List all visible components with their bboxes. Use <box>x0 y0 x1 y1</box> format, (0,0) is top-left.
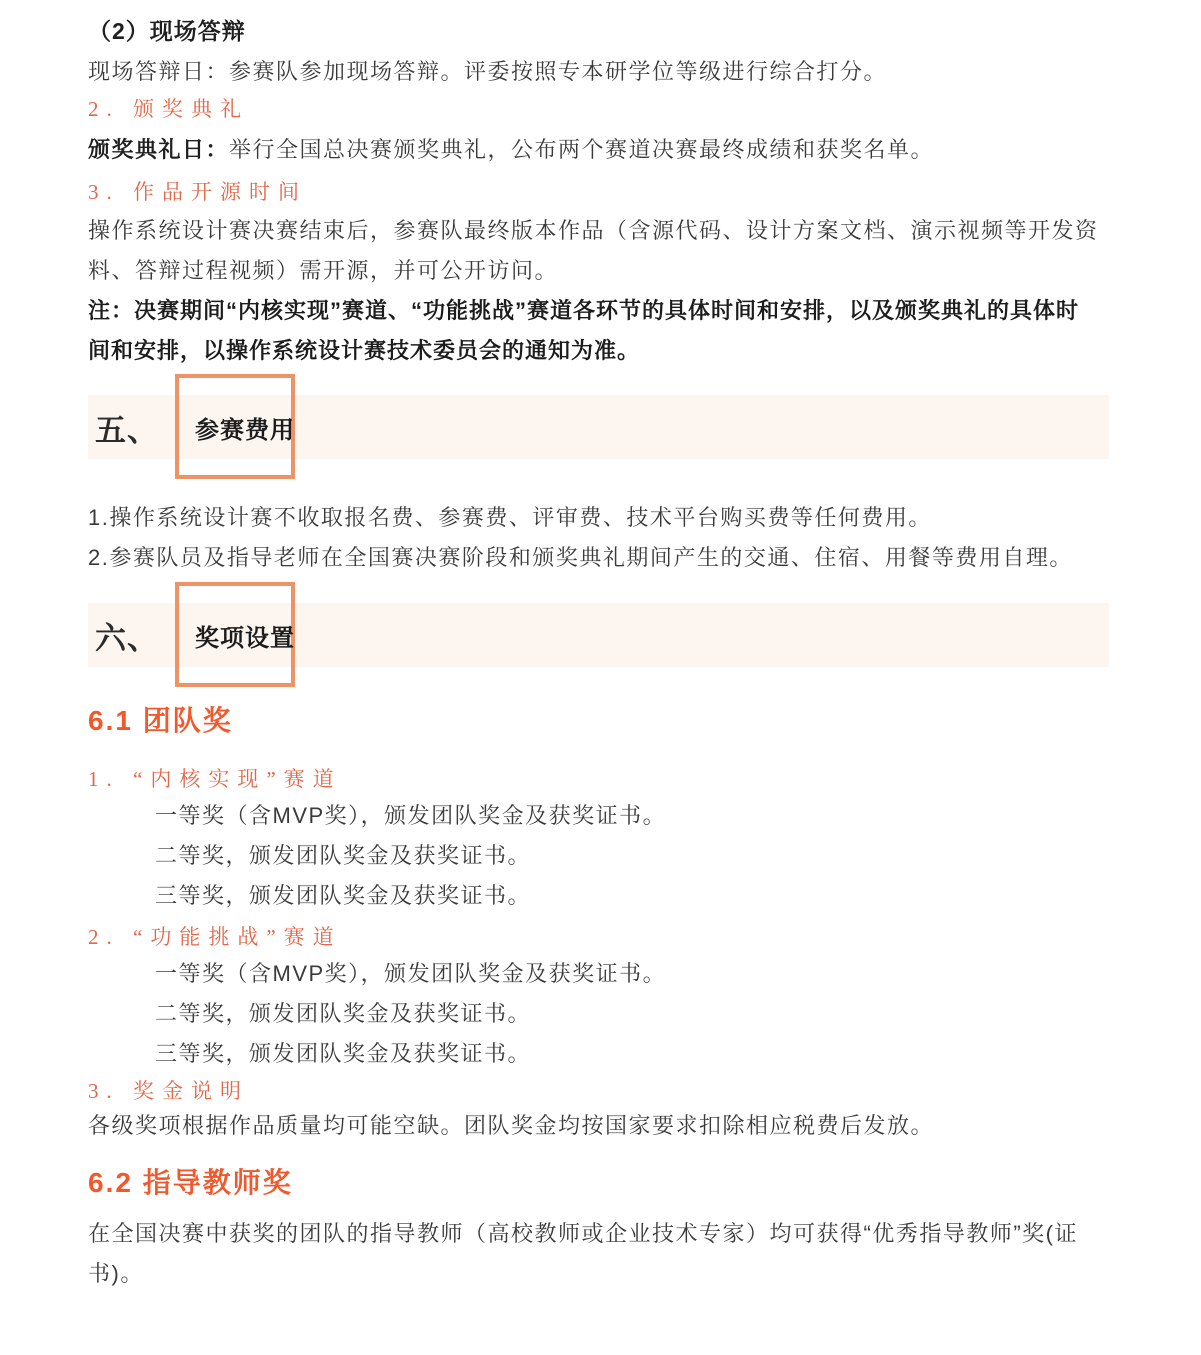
heading-opensource-time: 3. 作品开源时间 <box>88 179 1106 205</box>
paragraph-note: 注：决赛期间“内核实现”赛道、“功能挑战”赛道各环节的具体时间和安排，以及颁奖典… <box>88 291 1106 371</box>
section-title-awards: 奖项设置 <box>195 603 295 667</box>
section-number: 五、 <box>95 395 159 459</box>
paragraph-teacher-award: 在全国决赛中获奖的团队的指导教师（高校教师或企业技术专家）均可获得“优秀指导教师… <box>88 1214 1106 1294</box>
document-page: （2）现场答辩 现场答辩日：参赛队参加现场答辩。评委按照专本研学位等级进行综合打… <box>0 0 1201 1294</box>
section-banner-awards: 六、 奖项设置 <box>88 582 1106 687</box>
award-item: 三等奖，颁发团队奖金及获奖证书。 <box>155 876 1106 916</box>
ceremony-body-text: 举行全国总决赛颁奖典礼，公布两个赛道决赛最终成绩和获奖名单。 <box>229 137 934 162</box>
heading-team-award: 6.1 团队奖 <box>88 704 1106 738</box>
section-title-fees: 参赛费用 <box>195 395 295 459</box>
fee-list: 1.操作系统设计赛不收取报名费、参赛费、评审费、技术平台购买费等任何费用。 2.… <box>88 498 1106 578</box>
paragraph-onsite-defense: 现场答辩日：参赛队参加现场答辩。评委按照专本研学位等级进行综合打分。 <box>88 58 1106 86</box>
award-item: 一等奖（含MVP奖），颁发团队奖金及获奖证书。 <box>155 796 1106 836</box>
award-list-kernel: 一等奖（含MVP奖），颁发团队奖金及获奖证书。 二等奖，颁发团队奖金及获奖证书。… <box>88 796 1106 916</box>
award-item: 二等奖，颁发团队奖金及获奖证书。 <box>155 836 1106 876</box>
paragraph-award-ceremony: 颁奖典礼日：举行全国总决赛颁奖典礼，公布两个赛道决赛最终成绩和获奖名单。 <box>88 136 1106 164</box>
heading-teacher-award: 6.2 指导教师奖 <box>88 1166 1106 1200</box>
award-item: 二等奖，颁发团队奖金及获奖证书。 <box>155 994 1106 1034</box>
paragraph-bonus-note: 各级奖项根据作品质量均可能空缺。团队奖金均按国家要求扣除相应税费后发放。 <box>88 1112 1106 1140</box>
fee-item: 1.操作系统设计赛不收取报名费、参赛费、评审费、技术平台购买费等任何费用。 <box>88 498 1106 538</box>
section-number: 六、 <box>95 603 159 667</box>
award-list-challenge: 一等奖（含MVP奖），颁发团队奖金及获奖证书。 二等奖，颁发团队奖金及获奖证书。… <box>88 954 1106 1074</box>
heading-challenge-track: 2. “功能挑战”赛道 <box>88 924 1106 950</box>
heading-award-ceremony: 2. 颁奖典礼 <box>88 96 1106 122</box>
award-item: 三等奖，颁发团队奖金及获奖证书。 <box>155 1034 1106 1074</box>
heading-kernel-track: 1. “内核实现”赛道 <box>88 766 1106 792</box>
paragraph-opensource: 操作系统设计赛决赛结束后，参赛队最终版本作品（含源代码、设计方案文档、演示视频等… <box>88 211 1106 291</box>
fee-item: 2.参赛队员及指导老师在全国赛决赛阶段和颁奖典礼期间产生的交通、住宿、用餐等费用… <box>88 538 1106 578</box>
ceremony-lead-text: 颁奖典礼日： <box>88 137 229 162</box>
heading-bonus-note: 3. 奖金说明 <box>88 1078 1106 1104</box>
section-banner-fees: 五、 参赛费用 <box>88 374 1106 479</box>
award-item: 一等奖（含MVP奖），颁发团队奖金及获奖证书。 <box>155 954 1106 994</box>
heading-onsite-defense: （2）现场答辩 <box>88 16 1106 46</box>
